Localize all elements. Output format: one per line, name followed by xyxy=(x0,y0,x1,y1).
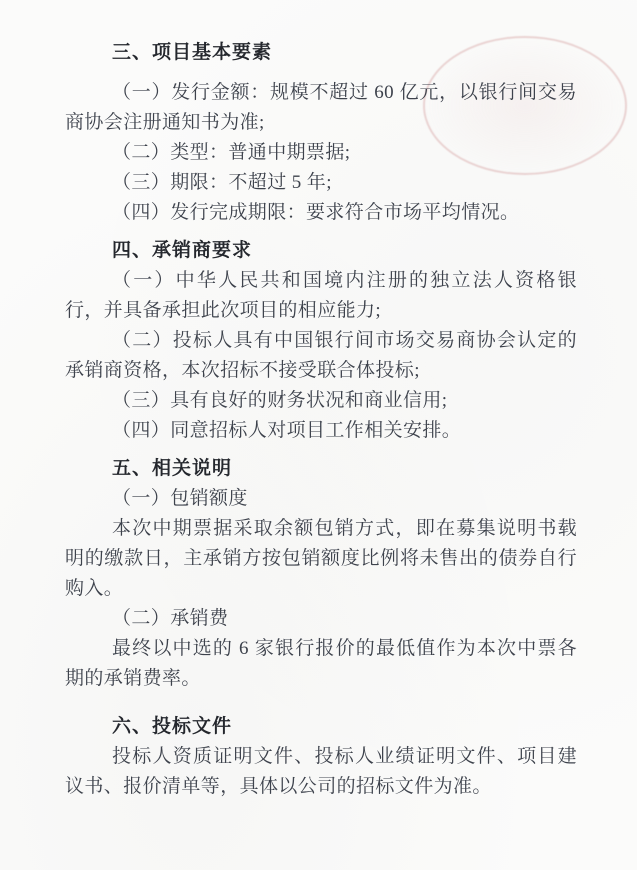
paragraph: （四）发行完成期限：要求符合市场平均情况。 xyxy=(65,198,577,228)
paragraph: （三）期限：不超过 5 年; xyxy=(65,168,577,198)
paragraph: 最终以中选的 6 家银行报价的最低值作为本次中票各期的承销费率。 xyxy=(65,634,577,694)
section-underwriter-requirements: 四、承销商要求 （一）中华人民共和国境内注册的独立法人资格银行，并具备承担此次项… xyxy=(65,236,577,446)
scanned-document-page: 三、项目基本要素 （一）发行金额：规模不超过 60 亿元，以银行间交易商协会注册… xyxy=(0,0,637,870)
paragraph: （二）承销费 xyxy=(65,604,577,634)
document-content: 三、项目基本要素 （一）发行金额：规模不超过 60 亿元，以银行间交易商协会注册… xyxy=(65,38,577,802)
section-heading: 五、相关说明 xyxy=(65,454,577,484)
paragraph: （一）发行金额：规模不超过 60 亿元，以银行间交易商协会注册通知书为准; xyxy=(65,78,577,138)
paragraph: （三）具有良好的财务状况和商业信用; xyxy=(65,386,577,416)
paragraph: 投标人资质证明文件、投标人业绩证明文件、项目建议书、报价清单等，具体以公司的招标… xyxy=(65,742,577,802)
paragraph: （一）中华人民共和国境内注册的独立法人资格银行，并具备承担此次项目的相应能力; xyxy=(65,266,577,326)
section-heading: 六、投标文件 xyxy=(65,712,577,742)
paragraph: 本次中期票据采取余额包销方式，即在募集说明书载明的缴款日，主承销方按包销额度比例… xyxy=(65,514,577,604)
section-heading: 三、项目基本要素 xyxy=(65,38,577,68)
section-bid-documents: 六、投标文件 投标人资质证明文件、投标人业绩证明文件、项目建议书、报价清单等，具… xyxy=(65,712,577,802)
paragraph: （二）类型：普通中期票据; xyxy=(65,138,577,168)
section-related-notes: 五、相关说明 （一）包销额度 本次中期票据采取余额包销方式，即在募集说明书载明的… xyxy=(65,454,577,694)
paragraph: （二）投标人具有中国银行间市场交易商协会认定的承销商资格，本次招标不接受联合体投… xyxy=(65,326,577,386)
section-project-basics: 三、项目基本要素 （一）发行金额：规模不超过 60 亿元，以银行间交易商协会注册… xyxy=(65,38,577,228)
section-heading: 四、承销商要求 xyxy=(65,236,577,266)
paragraph: （四）同意招标人对项目工作相关安排。 xyxy=(65,416,577,446)
paragraph: （一）包销额度 xyxy=(65,484,577,514)
